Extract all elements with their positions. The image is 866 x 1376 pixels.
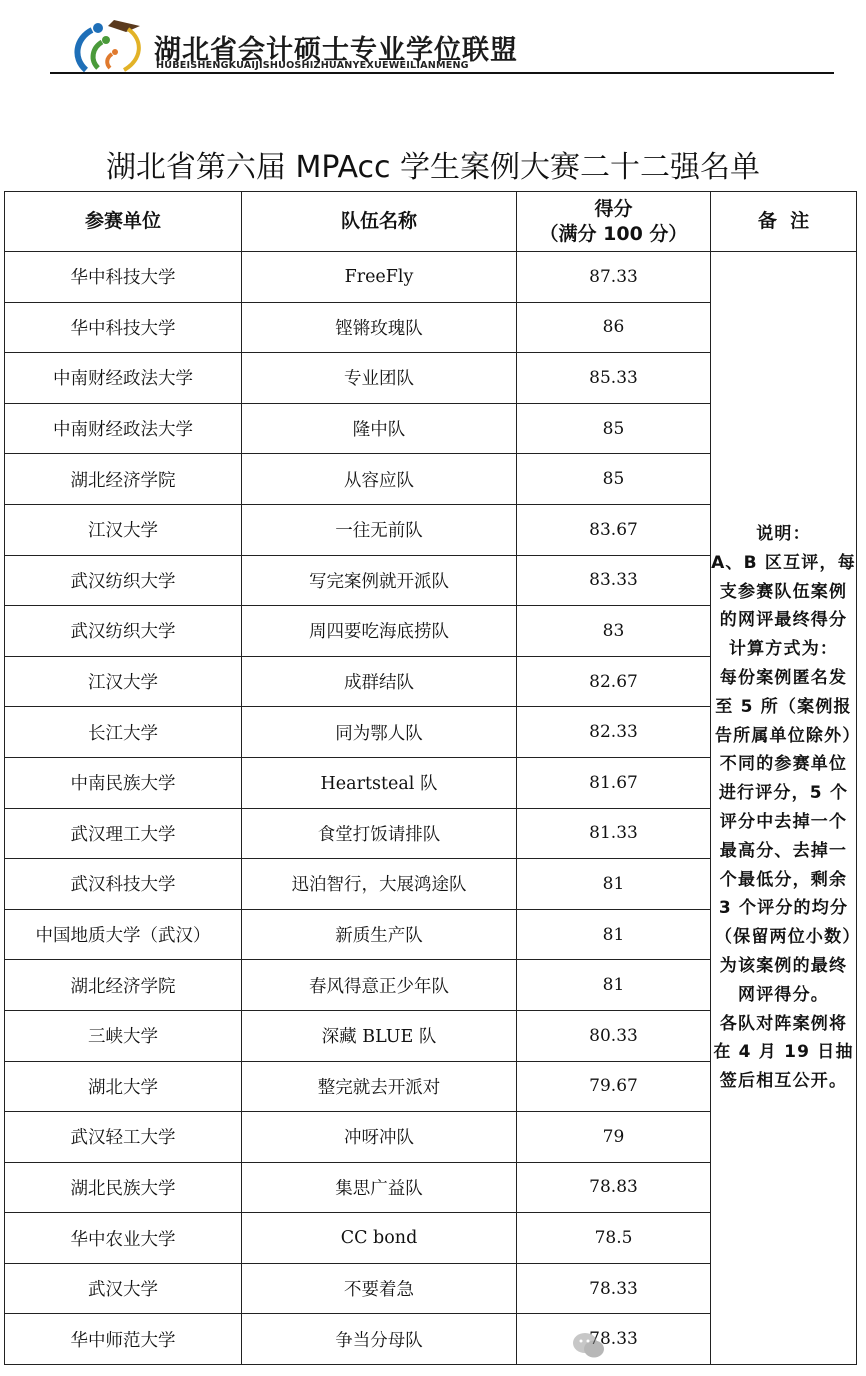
score-cell: 85 — [517, 403, 711, 454]
score-cell: 79 — [517, 1112, 711, 1163]
header-unit: 参赛单位 — [5, 192, 242, 252]
unit-cell: 湖北经济学院 — [5, 454, 242, 505]
score-cell: 81 — [517, 960, 711, 1011]
score-cell: 79.67 — [517, 1061, 711, 1112]
header-score: 得分 （满分 100 分） — [517, 192, 711, 252]
unit-cell: 华中科技大学 — [5, 302, 242, 353]
remarks-text: 说明： A、B 区互评，每支参赛队伍案例的网评最终得分计算方式为： 每份案例匿名… — [711, 524, 856, 1091]
table-header-row: 参赛单位 队伍名称 得分 （满分 100 分） 备 注 — [5, 192, 857, 252]
unit-cell: 中国地质大学（武汉） — [5, 909, 242, 960]
wechat-icon — [572, 1332, 606, 1360]
org-name-en: HUBEISHENGKUAIJISHUOSHIZHUANYEXUEWEILIAN… — [156, 60, 469, 71]
score-cell: 78.33 — [517, 1314, 711, 1365]
score-cell: 83.33 — [517, 555, 711, 606]
unit-cell: 武汉轻工大学 — [5, 1112, 242, 1163]
team-cell: Heartsteal 队 — [242, 757, 517, 808]
team-cell: 深藏 BLUE 队 — [242, 1010, 517, 1061]
score-cell: 83.67 — [517, 504, 711, 555]
score-cell: 83 — [517, 606, 711, 657]
team-cell: 一往无前队 — [242, 504, 517, 555]
score-cell: 85.33 — [517, 353, 711, 404]
team-cell: 整完就去开派对 — [242, 1061, 517, 1112]
unit-cell: 中南民族大学 — [5, 757, 242, 808]
unit-cell: 湖北经济学院 — [5, 960, 242, 1011]
header-score-line1: 得分 — [517, 197, 710, 222]
unit-cell: 武汉科技大学 — [5, 859, 242, 910]
team-cell: 同为鄂人队 — [242, 707, 517, 758]
ranking-table: 参赛单位 队伍名称 得分 （满分 100 分） 备 注 华中科技大学FreeFl… — [4, 191, 857, 1365]
document-title: 湖北省第六届 MPAcc 学生案例大赛二十二强名单 — [0, 142, 866, 186]
score-cell: 82.67 — [517, 656, 711, 707]
unit-cell: 华中师范大学 — [5, 1314, 242, 1365]
score-cell: 81 — [517, 859, 711, 910]
letterhead: 湖北省会计硕士专业学位联盟 HUBEISHENGKUAIJISHUOSHIZHU… — [50, 12, 834, 76]
score-cell: 81.67 — [517, 757, 711, 808]
team-cell: 不要着急 — [242, 1263, 517, 1314]
team-cell: 写完案例就开派队 — [242, 555, 517, 606]
unit-cell: 中南财经政法大学 — [5, 353, 242, 404]
remarks-cell: 说明： A、B 区互评，每支参赛队伍案例的网评最终得分计算方式为： 每份案例匿名… — [711, 252, 857, 1365]
team-cell: 铿锵玫瑰队 — [242, 302, 517, 353]
team-cell: FreeFly — [242, 252, 517, 303]
table-row: 华中科技大学FreeFly87.33说明： A、B 区互评，每支参赛队伍案例的网… — [5, 252, 857, 303]
unit-cell: 华中农业大学 — [5, 1213, 242, 1264]
unit-cell: 江汉大学 — [5, 504, 242, 555]
team-cell: 争当分母队 — [242, 1314, 517, 1365]
team-cell: CC bond — [242, 1213, 517, 1264]
unit-cell: 武汉大学 — [5, 1263, 242, 1314]
team-cell: 成群结队 — [242, 656, 517, 707]
header-score-line2: （满分 100 分） — [517, 222, 710, 247]
team-cell: 从容应队 — [242, 454, 517, 505]
team-cell: 冲呀冲队 — [242, 1112, 517, 1163]
unit-cell: 武汉纺织大学 — [5, 606, 242, 657]
score-cell: 80.33 — [517, 1010, 711, 1061]
unit-cell: 华中科技大学 — [5, 252, 242, 303]
header-team: 队伍名称 — [242, 192, 517, 252]
score-cell: 86 — [517, 302, 711, 353]
score-cell: 82.33 — [517, 707, 711, 758]
unit-cell: 长江大学 — [5, 707, 242, 758]
team-cell: 集思广益队 — [242, 1162, 517, 1213]
score-cell: 78.5 — [517, 1213, 711, 1264]
unit-cell: 江汉大学 — [5, 656, 242, 707]
score-cell: 85 — [517, 454, 711, 505]
unit-cell: 武汉纺织大学 — [5, 555, 242, 606]
team-cell: 专业团队 — [242, 353, 517, 404]
team-cell: 周四要吃海底捞队 — [242, 606, 517, 657]
team-cell: 迅泊智行，大展鸿途队 — [242, 859, 517, 910]
score-cell: 78.83 — [517, 1162, 711, 1213]
unit-cell: 三峡大学 — [5, 1010, 242, 1061]
team-cell: 春风得意正少年队 — [242, 960, 517, 1011]
header-divider — [50, 72, 834, 74]
score-cell: 81 — [517, 909, 711, 960]
header-remarks: 备 注 — [711, 192, 857, 252]
team-cell: 隆中队 — [242, 403, 517, 454]
score-cell: 87.33 — [517, 252, 711, 303]
unit-cell: 中南财经政法大学 — [5, 403, 242, 454]
team-cell: 食堂打饭请排队 — [242, 808, 517, 859]
score-cell: 81.33 — [517, 808, 711, 859]
team-cell: 新质生产队 — [242, 909, 517, 960]
unit-cell: 湖北大学 — [5, 1061, 242, 1112]
graduation-cap-people-logo-icon — [68, 16, 148, 72]
unit-cell: 湖北民族大学 — [5, 1162, 242, 1213]
score-cell: 78.33 — [517, 1263, 711, 1314]
unit-cell: 武汉理工大学 — [5, 808, 242, 859]
